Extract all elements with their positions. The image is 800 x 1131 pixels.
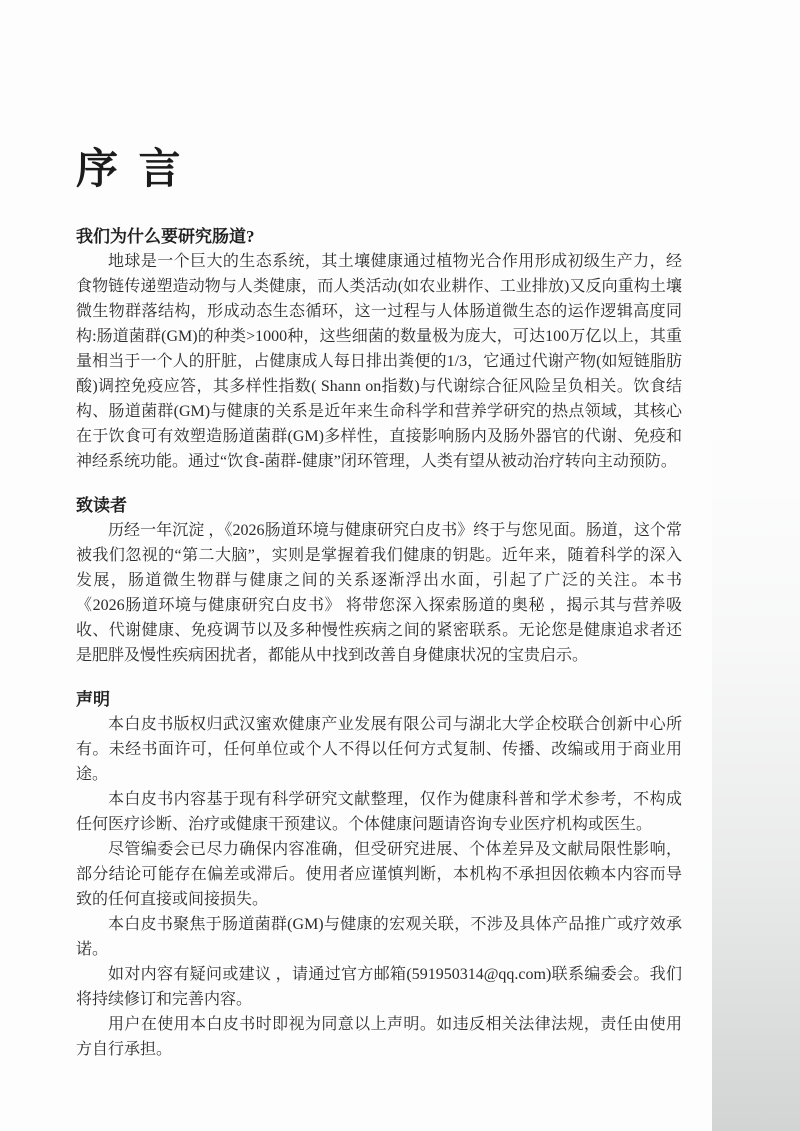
scan-edge-shadow	[712, 430, 800, 1131]
paragraph-to-readers: 历经一年沉淀 ，《2026肠道环境与健康研究白皮书》终于与您见面。肠道，这个常被…	[76, 518, 682, 668]
paragraph-scope: 本白皮书聚焦于肠道菌群(GM)与健康的宏观关联，不涉及具体产品推广或疗效承诺。	[76, 912, 682, 962]
section-to-readers: 致读者 历经一年沉淀 ，《2026肠道环境与健康研究白皮书》终于与您见面。肠道，…	[76, 493, 682, 668]
paragraph-accuracy-disclaimer: 尽管编委会已尽力确保内容准确，但受研究进展、个体差异及文献局限性影响，部分结论可…	[76, 837, 682, 912]
section-why-research-gut: 我们为什么要研究肠道? 地球是一个巨大的生态系统，其土壤健康通过植物光合作用形成…	[76, 224, 682, 474]
paragraph-user-agreement: 用户在使用本白皮书时即视为同意以上声明。如违反相关法律法规，责任由使用方自行承担…	[76, 1012, 682, 1062]
page-content: 序 言 我们为什么要研究肠道? 地球是一个巨大的生态系统，其土壤健康通过植物光合…	[76, 146, 682, 1062]
document-page: 序 言 我们为什么要研究肠道? 地球是一个巨大的生态系统，其土壤健康通过植物光合…	[0, 0, 800, 1131]
paragraph-copyright: 本白皮书版权归武汉蜜欢健康产业发展有限公司与湖北大学企校联合创新中心所有。未经书…	[76, 712, 682, 787]
section-statement: 声明 本白皮书版权归武汉蜜欢健康产业发展有限公司与湖北大学企校联合创新中心所有。…	[76, 687, 682, 1062]
paragraph-contact-email: 如对内容有疑问或建议 ，请通过官方邮箱(591950314@qq.com)联系编…	[76, 962, 682, 1012]
paragraph-gut-ecosystem: 地球是一个巨大的生态系统，其土壤健康通过植物光合作用形成初级生产力，经食物链传递…	[76, 249, 682, 474]
section-heading-statement: 声明	[76, 687, 682, 712]
page-title: 序 言	[76, 146, 682, 194]
paragraph-medical-disclaimer: 本白皮书内容基于现有科学研究文献整理，仅作为健康科普和学术参考，不构成任何医疗诊…	[76, 787, 682, 837]
section-heading-why-research-gut: 我们为什么要研究肠道?	[76, 224, 682, 249]
section-heading-to-readers: 致读者	[76, 493, 682, 518]
